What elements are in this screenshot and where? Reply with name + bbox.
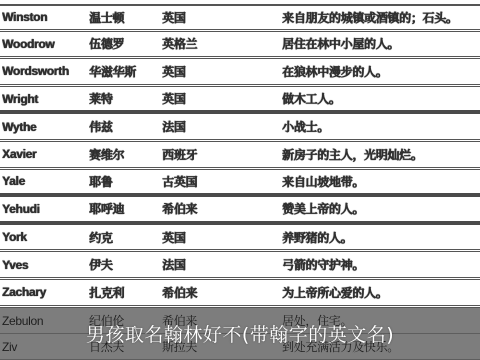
table-row: Yale 耶鲁 古英国 来自山坡地带。 [0,170,480,198]
origin: 西班牙 [162,146,262,163]
table-row: Xavier 赛维尔 西班牙 新房子的主人，光明灿烂。 [0,142,480,170]
english-name: Woodrow [2,37,87,51]
origin: 法国 [162,256,262,273]
meaning: 养野猪的人。 [282,229,478,246]
meaning: 居住在林中小屋的人。 [282,35,478,52]
chinese-name: 约克 [89,229,159,246]
meaning: 新房子的主人，光明灿烂。 [282,146,478,163]
chinese-name: 伍德罗 [89,35,159,52]
origin: 希伯来 [162,200,262,217]
meaning: 小战士。 [282,118,478,135]
english-name: Xavier [2,147,87,161]
meaning: 居处，住宅。 [282,312,478,329]
origin: 希伯来 [162,284,262,301]
article-image: Winston 温士顿 英国 来自朋友的城镇或酒镇的；石头。 Woodrow 伍… [0,0,480,360]
table-row: York 约克 英国 养野猪的人。 [0,225,480,253]
meaning: 来自朋友的城镇或酒镇的；石头。 [282,9,478,26]
english-name: Yves [2,258,87,272]
chinese-name: 温士顿 [89,9,159,26]
table-row: Wright 莱特 英国 做木工人。 [0,87,480,115]
meaning: 做木工人。 [282,90,478,107]
english-name: Yale [2,174,87,188]
origin: 法国 [162,118,262,135]
table-row: Yehudi 耶呼迪 希伯来 赞美上帝的人。 [0,197,480,225]
table-row: Wordsworth 华滋华斯 英国 在狼林中漫步的人。 [0,59,480,87]
chinese-name: 伊夫 [89,256,159,273]
meaning: 来自山坡地带。 [282,173,478,190]
origin: 英国 [162,90,262,107]
chinese-name: 耶鲁 [89,173,159,190]
chinese-name: 莱特 [89,90,159,107]
chinese-name: 赛维尔 [89,146,159,163]
table-row: Winston 温士顿 英国 来自朋友的城镇或酒镇的；石头。 [0,4,480,32]
english-name: Wythe [2,120,87,134]
english-name: Zebulon [2,314,87,328]
origin: 英国 [162,63,262,80]
english-name: Winston [2,10,87,24]
meaning: 弓箭的守护神。 [282,256,478,273]
meaning: 赞美上帝的人。 [282,200,478,217]
names-table: Winston 温士顿 英国 来自朋友的城镇或酒镇的；石头。 Woodrow 伍… [0,4,480,308]
english-name: York [2,230,87,244]
english-name: Wordsworth [2,64,87,78]
origin: 希伯来 [162,312,262,329]
table-row: Yves 伊夫 法国 弓箭的守护神。 [0,252,480,280]
chinese-name: 伟兹 [89,118,159,135]
origin: 英国 [162,9,262,26]
english-name: Ziv [2,340,87,354]
chinese-name: 华滋华斯 [89,63,159,80]
meaning: 为上帝所心爱的人。 [282,284,478,301]
english-name: Yehudi [2,202,87,216]
origin: 斯拉夫 [162,338,262,355]
english-name: Zachary [2,285,87,299]
table-row: Wythe 伟兹 法国 小战士。 [0,114,480,142]
chinese-name: 纪伯伦 [89,312,159,329]
chinese-name: 扎克利 [89,284,159,301]
chinese-name: 日杰夫 [89,338,159,355]
table-row: Woodrow 伍德罗 英格兰 居住在林中小屋的人。 [0,32,480,60]
origin: 古英国 [162,173,262,190]
meaning: 在狼林中漫步的人。 [282,63,478,80]
meaning: 到处充满活力及快乐。 [282,338,478,355]
chinese-name: 耶呼迪 [89,200,159,217]
table-row: Zebulon 纪伯伦 希伯来 居处，住宅。 [0,308,480,334]
origin: 英国 [162,229,262,246]
table-row: Zachary 扎克利 希伯来 为上帝所心爱的人。 [0,280,480,308]
caption-band: Zebulon 纪伯伦 希伯来 居处，住宅。 Ziv 日杰夫 斯拉夫 到处充满活… [0,308,480,360]
table-row: Ziv 日杰夫 斯拉夫 到处充满活力及快乐。 [0,334,480,360]
origin: 英格兰 [162,35,262,52]
english-name: Wright [2,92,87,106]
